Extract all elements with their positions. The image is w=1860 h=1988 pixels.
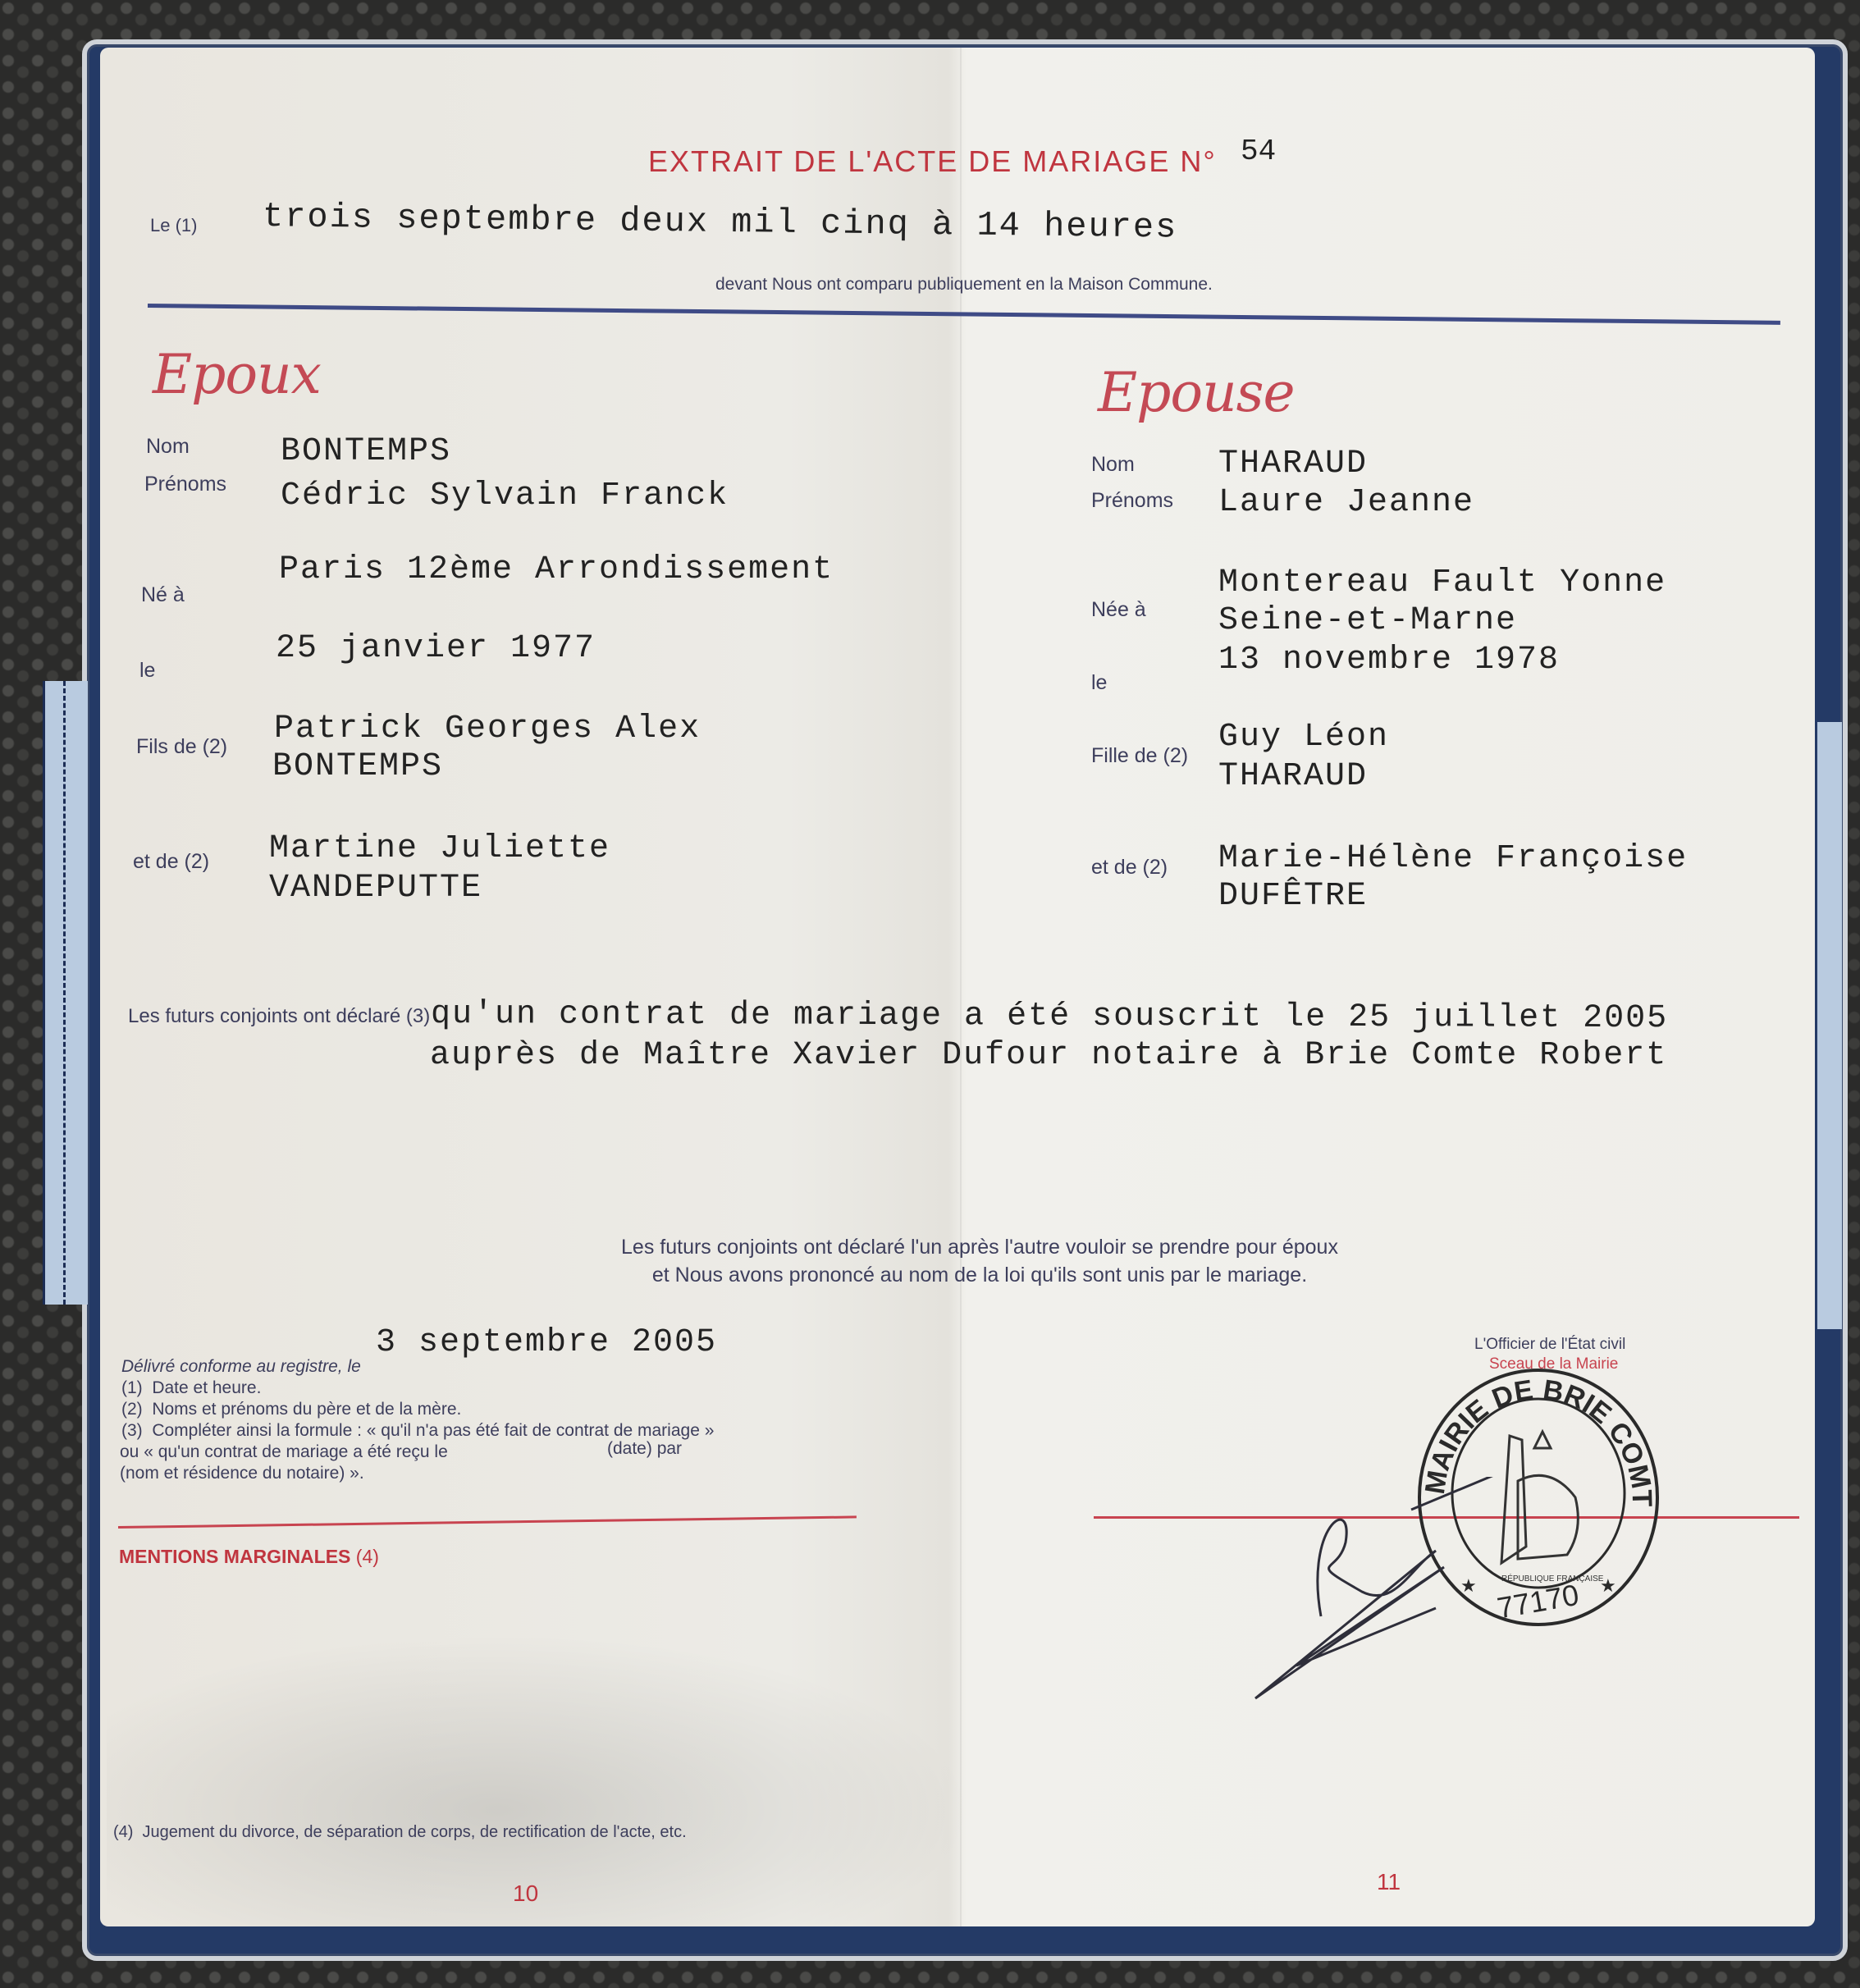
- epoux-mother-surname: VANDEPUTTE: [269, 870, 482, 907]
- mentions-label-text: MENTIONS MARGINALES: [119, 1546, 350, 1567]
- officer-signature-icon: [1247, 1477, 1518, 1707]
- epouse-father-label: Fille de (2): [1091, 744, 1188, 768]
- footnote-3b: ou « qu'un contrat de mariage a été reçu…: [120, 1441, 448, 1463]
- epouse-father-surname: THARAUD: [1218, 758, 1368, 795]
- delivery-label: Délivré conforme au registre, le: [121, 1355, 361, 1378]
- cover-tab-left: [43, 681, 88, 1305]
- officer-title: L'Officier de l'État civil: [1474, 1333, 1625, 1355]
- epouse-birthdate-label: le: [1091, 671, 1107, 695]
- act-number: 54: [1241, 135, 1276, 168]
- epouse-nom: THARAUD: [1218, 446, 1368, 482]
- footnote-1: (1) Date et heure.: [121, 1377, 261, 1399]
- epouse-heading: Epouse: [1098, 361, 1295, 424]
- epouse-mother-label: et de (2): [1091, 856, 1168, 880]
- contract-label: Les futurs conjoints ont déclaré (3): [128, 1005, 430, 1028]
- epoux-heading: Epoux: [153, 343, 321, 406]
- epoux-prenoms: Cédric Sylvain Franck: [281, 478, 729, 514]
- epoux-prenoms-label: Prénoms: [144, 473, 226, 496]
- epoux-nom: BONTEMPS: [281, 433, 451, 470]
- epouse-prenoms-label: Prénoms: [1091, 489, 1173, 513]
- appearance-statement: devant Nous ont comparu publiquement en …: [715, 273, 1213, 295]
- epoux-nom-label: Nom: [146, 435, 190, 459]
- contract-line-2: auprès de Maître Xavier Dufour notaire à…: [430, 1037, 1667, 1074]
- delivery-date: 3 septembre 2005: [376, 1324, 717, 1361]
- shadow-area: [107, 1633, 976, 1928]
- epouse-nom-label: Nom: [1091, 453, 1135, 477]
- page-fold: [960, 48, 962, 1926]
- epoux-birthplace-label: Né à: [141, 583, 185, 607]
- epoux-birthdate-label: le: [139, 659, 155, 683]
- epouse-mother-surname: DUFÊTRE: [1218, 878, 1368, 915]
- page-number-left: 10: [513, 1881, 538, 1907]
- date-label: Le (1): [150, 215, 197, 236]
- epouse-birthplace-department: Seine-et-Marne: [1218, 602, 1517, 639]
- contract-line-1: qu'un contrat de mariage a été souscrit …: [431, 996, 1668, 1037]
- svg-text:★: ★: [1600, 1575, 1616, 1596]
- footnote-4: (4) Jugement du divorce, de séparation d…: [113, 1821, 687, 1844]
- epoux-father-surname: BONTEMPS: [272, 748, 443, 785]
- cover-tab-right: [1817, 722, 1842, 1329]
- epoux-father-names: Patrick Georges Alex: [274, 711, 701, 747]
- footnote-2: (2) Noms et prénoms du père et de la mèr…: [121, 1398, 461, 1420]
- epoux-mother-label: et de (2): [133, 850, 209, 874]
- declaration-line-1: Les futurs conjoints ont déclaré l'un ap…: [586, 1233, 1373, 1261]
- epoux-father-label: Fils de (2): [136, 735, 227, 759]
- epouse-birthplace-label: Née à: [1091, 598, 1146, 622]
- declaration-line-2: et Nous avons prononcé au nom de la loi …: [586, 1261, 1373, 1289]
- footnote-3b-date: (date) par: [607, 1437, 682, 1460]
- epouse-birthplace-city: Montereau Fault Yonne: [1218, 564, 1666, 601]
- epoux-mother-names: Martine Juliette: [269, 830, 610, 867]
- epouse-prenoms: Laure Jeanne: [1218, 484, 1474, 521]
- epouse-birthdate: 13 novembre 1978: [1218, 642, 1560, 679]
- epouse-father-names: Guy Léon: [1218, 719, 1389, 756]
- footnote-3c: (nom et résidence du notaire) ».: [120, 1462, 364, 1484]
- epoux-birthplace: Paris 12ème Arrondissement: [279, 551, 834, 588]
- epoux-birthdate: 25 janvier 1977: [276, 630, 596, 667]
- page-number-right: 11: [1377, 1869, 1401, 1895]
- mentions-ref: (4): [356, 1546, 379, 1567]
- mentions-marginales-label: MENTIONS MARGINALES (4): [119, 1546, 379, 1568]
- epouse-mother-names: Marie-Hélène Françoise: [1218, 840, 1688, 877]
- document-title: EXTRAIT DE L'ACTE DE MARIAGE N°: [648, 144, 1217, 179]
